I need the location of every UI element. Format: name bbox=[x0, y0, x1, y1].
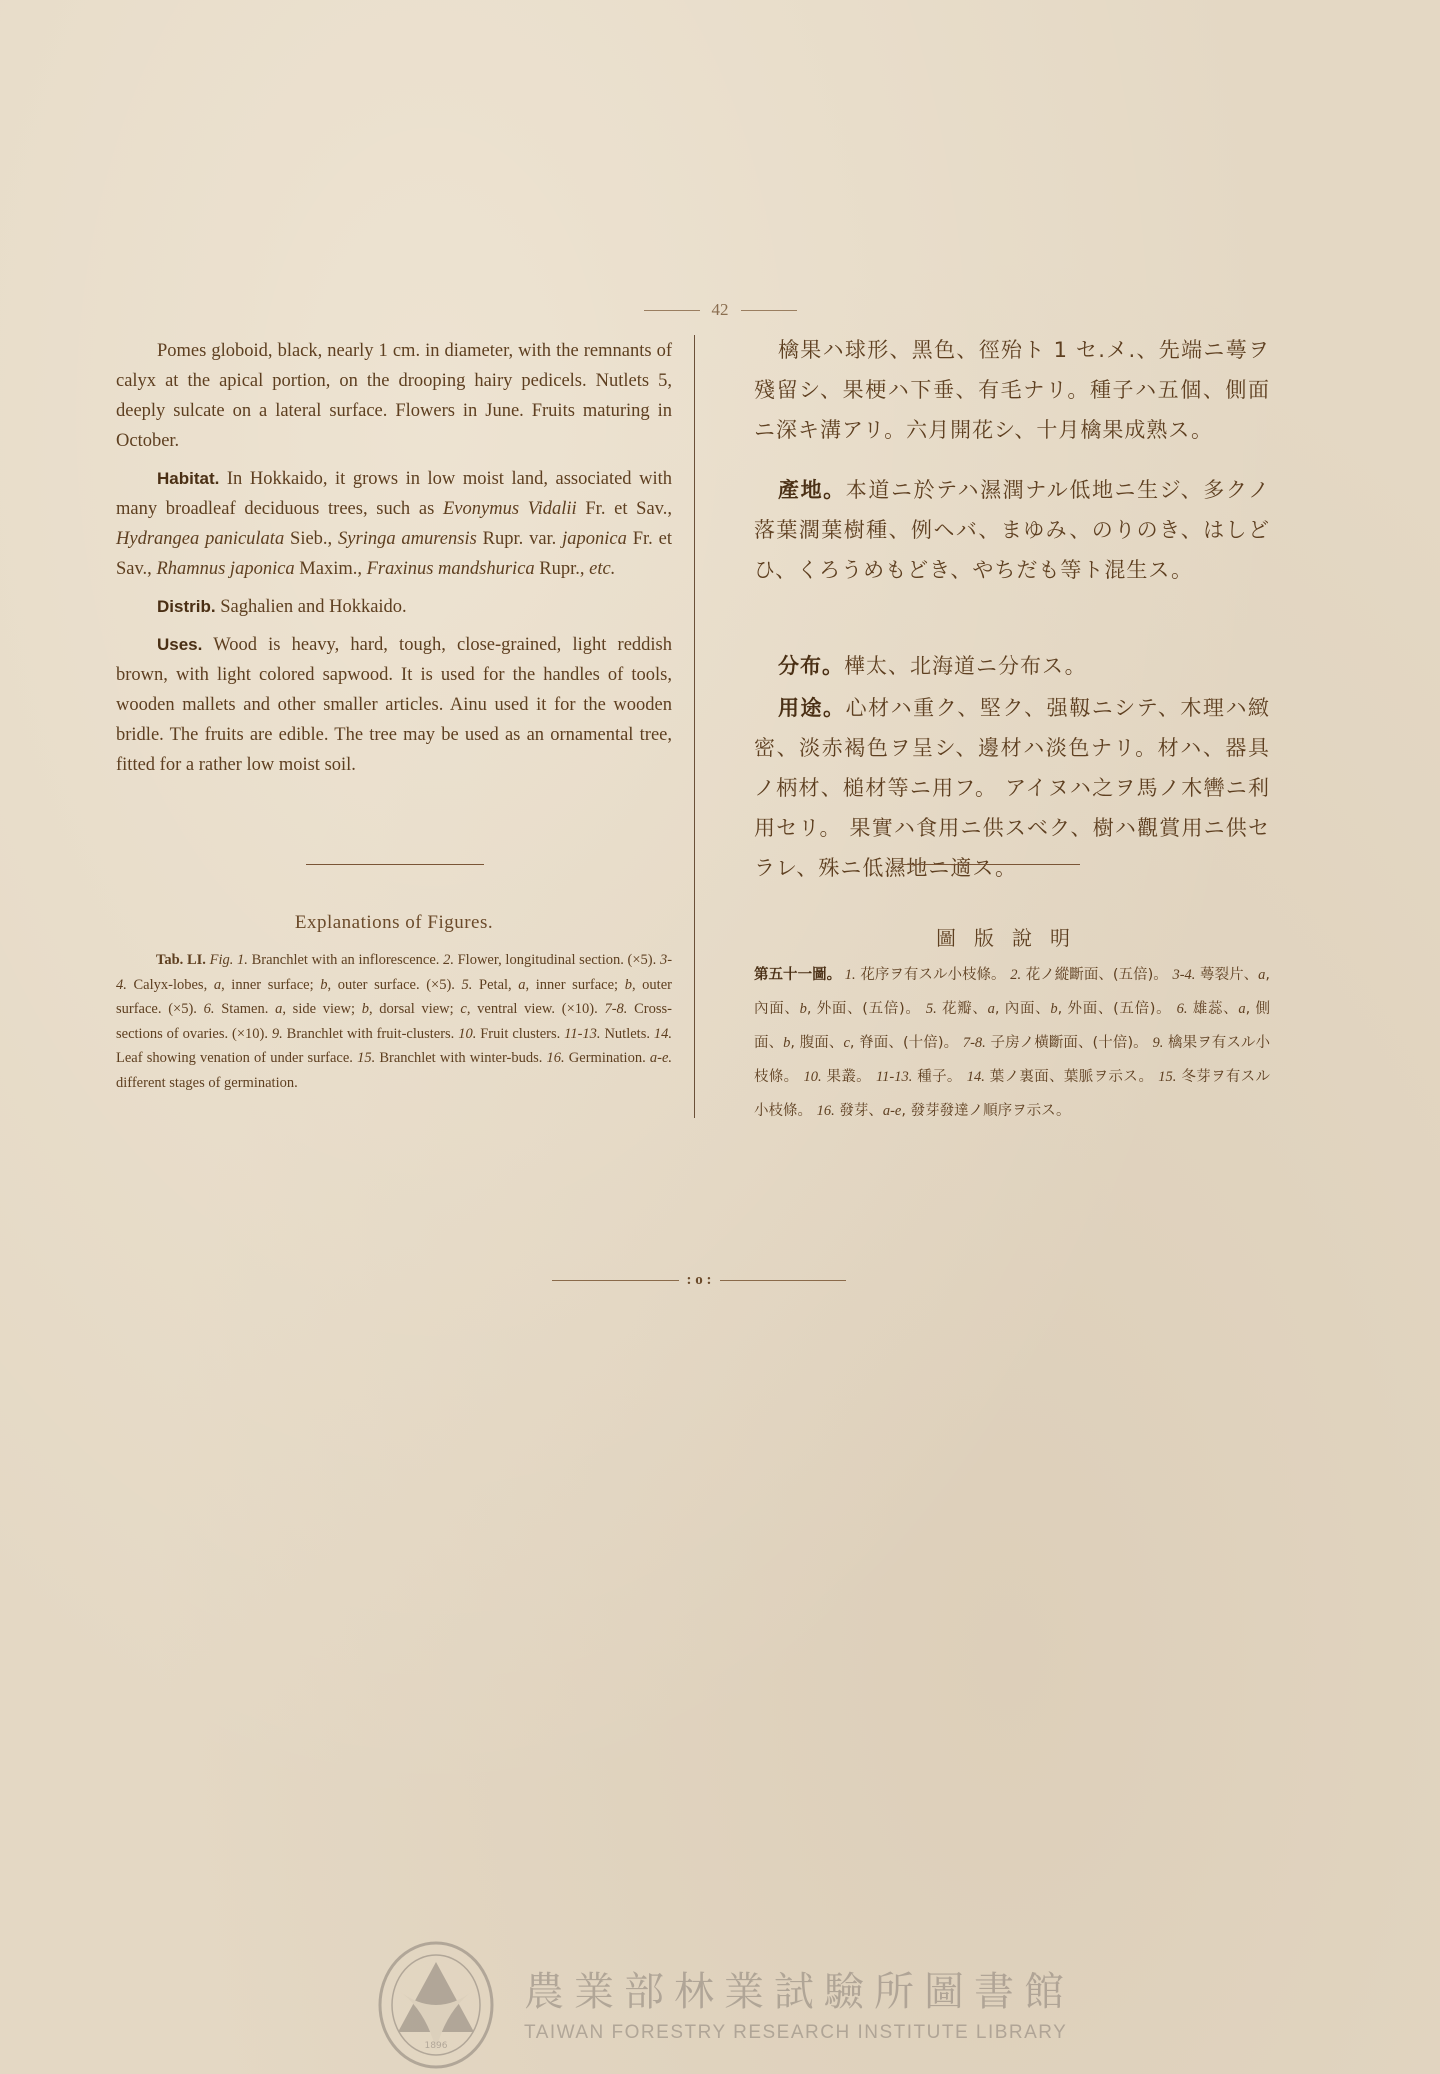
ornament-rule-left bbox=[552, 1280, 679, 1281]
column-divider bbox=[694, 335, 695, 1118]
jp-description: 檎果ハ球形、黑色、徑殆ト 1 セ.メ.、先端ニ蕚ヲ殘留シ、果梗ハ下垂、有毛ナリ。… bbox=[754, 330, 1270, 450]
en-uses: Uses. Wood is heavy, hard, tough, close-… bbox=[116, 630, 672, 780]
page-number: 42 bbox=[712, 300, 729, 320]
jp-uses-label: 用途。 bbox=[778, 696, 846, 720]
library-watermark: 1896 農業部林業試驗所圖書館 TAIWAN FORESTRY RESEARC… bbox=[376, 1940, 1076, 2070]
japanese-body: 檎果ハ球形、黑色、徑殆ト 1 セ.メ.、先端ニ蕚ヲ殘留シ、果梗ハ下垂、有毛ナリ。… bbox=[754, 330, 1270, 908]
species-name: Evonymus Vidalii bbox=[443, 499, 577, 519]
species-variety: japonica bbox=[562, 529, 627, 549]
library-name-english: TAIWAN FORESTRY RESEARCH INSTITUTE LIBRA… bbox=[524, 2022, 1067, 2044]
jp-habitat-label: 產地。 bbox=[778, 478, 846, 502]
library-name-chinese: 農業部林業試驗所圖書館 bbox=[524, 1960, 1074, 2017]
jp-distrib: 分布。樺太、北海道ニ分布ス。 bbox=[754, 646, 1270, 686]
species-name: Hydrangea paniculata bbox=[116, 529, 284, 549]
figures-title-jp: 圖版說明 bbox=[754, 922, 1270, 951]
en-distrib-label: Distrib. bbox=[157, 597, 216, 616]
header-rule-left bbox=[644, 310, 700, 311]
jp-distrib-label: 分布。 bbox=[778, 654, 844, 678]
ornament-rule-right bbox=[720, 1280, 847, 1281]
section-rule-right bbox=[902, 864, 1080, 865]
plate-label: Tab. LI. bbox=[156, 952, 206, 968]
en-habitat-label: Habitat. bbox=[157, 469, 219, 488]
svg-text:1896: 1896 bbox=[425, 2041, 448, 2051]
end-ornament: : o : bbox=[552, 1268, 846, 1292]
en-description: Pomes globoid, black, nearly 1 cm. in di… bbox=[116, 336, 672, 456]
species-name: Rhamnus japonica bbox=[156, 559, 294, 579]
jp-uses: 用途。心材ハ重ク、堅ク、强靱ニシテ、木理ハ緻密、淡赤褐色ヲ呈シ、邊材ハ淡色ナリ。… bbox=[754, 688, 1270, 888]
header-rule-right bbox=[741, 310, 797, 311]
ornament-symbol: : o : bbox=[687, 1272, 712, 1289]
species-name: Fraxinus mandshurica bbox=[367, 559, 535, 579]
en-habitat: Habitat. In Hokkaido, it grows in low mo… bbox=[116, 464, 672, 584]
jp-habitat: 產地。本道ニ於テハ濕潤ナル低地ニ生ジ、多クノ落葉濶葉樹種、例ヘバ、まゆみ、のりの… bbox=[754, 470, 1270, 590]
en-uses-label: Uses. bbox=[157, 635, 202, 654]
page-number-header: 42 bbox=[616, 298, 824, 322]
figures-explanation-en: Tab. LI. Fig. 1. Branchlet with an inflo… bbox=[116, 948, 672, 1095]
institute-seal-icon: 1896 bbox=[376, 1940, 496, 2070]
en-distrib: Distrib. Saghalien and Hokkaido. bbox=[116, 592, 672, 622]
figures-title-en: Explanations of Figures. bbox=[116, 912, 672, 934]
plate-label-jp: 第五十一圖。 bbox=[754, 967, 841, 983]
section-rule-left bbox=[306, 864, 484, 865]
figures-explanation-jp: 第五十一圖。 1. 花序ヲ有スル小枝條。 2. 花ノ縱斷面、(五倍)。 3-4.… bbox=[754, 958, 1270, 1128]
english-body: Pomes globoid, black, nearly 1 cm. in di… bbox=[116, 336, 672, 788]
species-name: Syringa amurensis bbox=[338, 529, 477, 549]
